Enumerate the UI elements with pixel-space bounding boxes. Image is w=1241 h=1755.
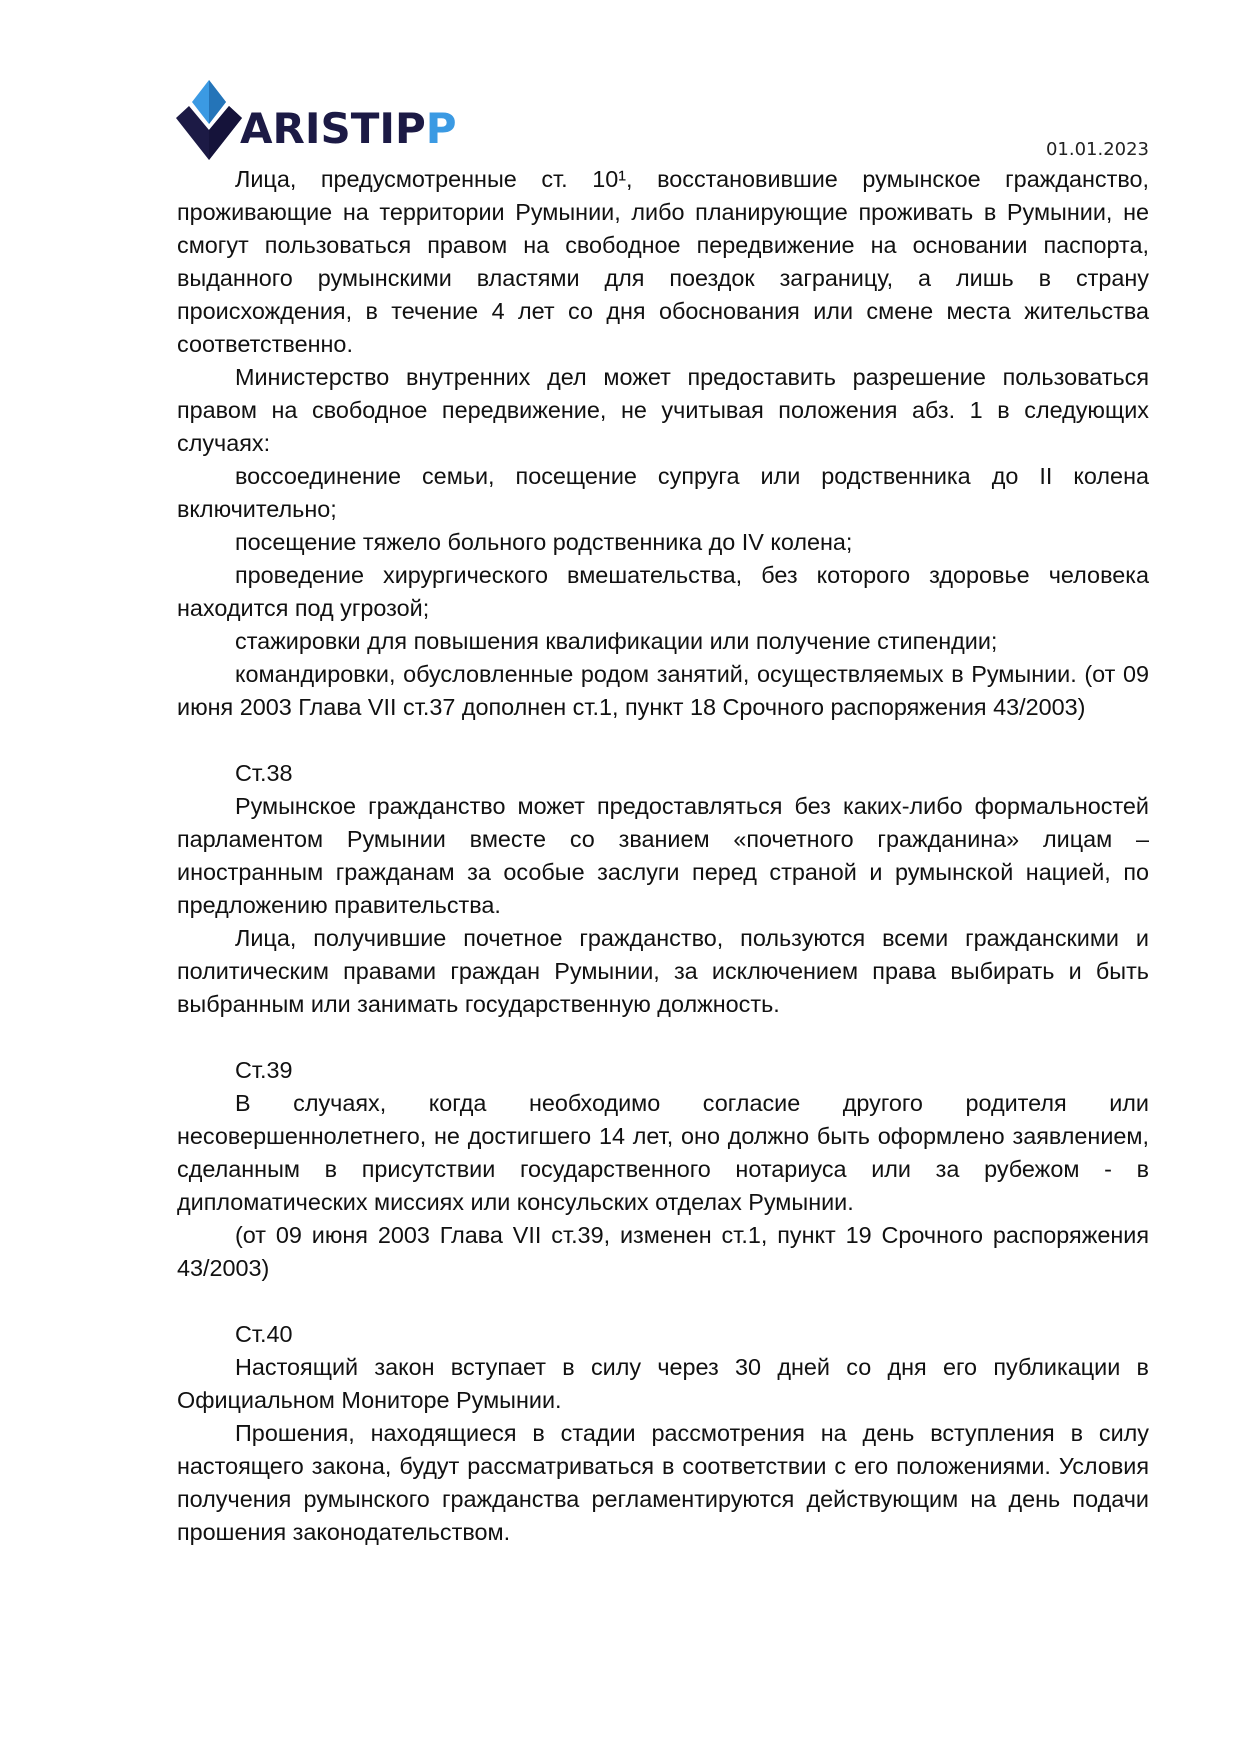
article-heading: Ст.38 <box>177 757 1149 790</box>
logo-wordmark: ARISTIPP <box>240 108 457 150</box>
paragraph: Лица, предусмотренные ст. 10¹, восстанов… <box>177 163 1149 361</box>
paragraph: (от 09 июня 2003 Глава VII ст.39, измене… <box>177 1219 1149 1285</box>
spacer <box>177 724 1149 757</box>
list-paragraph: воссоединение семьи, посещение супруга и… <box>177 460 1149 526</box>
spacer <box>177 1021 1149 1054</box>
document-body: Лица, предусмотренные ст. 10¹, восстанов… <box>177 163 1149 1549</box>
list-paragraph: посещение тяжело больного родственника д… <box>177 526 1149 559</box>
paragraph: В случаях, когда необходимо согласие дру… <box>177 1087 1149 1219</box>
list-paragraph: стажировки для повышения квалификации ил… <box>177 625 1149 658</box>
spacer <box>177 1285 1149 1318</box>
paragraph: Прошения, находящиеся в стадии рассмотре… <box>177 1417 1149 1549</box>
article-heading: Ст.39 <box>177 1054 1149 1087</box>
document-page: ARISTIPP 01.01.2023 Лица, предусмотренны… <box>0 0 1241 1755</box>
article-heading: Ст.40 <box>177 1318 1149 1351</box>
paragraph: Настоящий закон вступает в силу через 30… <box>177 1351 1149 1417</box>
diamond-v-logo-icon <box>176 80 242 160</box>
paragraph: Румынское гражданство может предоставлят… <box>177 790 1149 922</box>
paragraph: Лица, получившие почетное гражданство, п… <box>177 922 1149 1021</box>
company-logo: ARISTIPP <box>176 74 457 160</box>
list-paragraph: командировки, обусловленные родом заняти… <box>177 658 1149 724</box>
document-date: 01.01.2023 <box>1046 139 1149 160</box>
list-paragraph: проведение хирургического вмешательства,… <box>177 559 1149 625</box>
paragraph: Министерство внутренних дел может предос… <box>177 361 1149 460</box>
